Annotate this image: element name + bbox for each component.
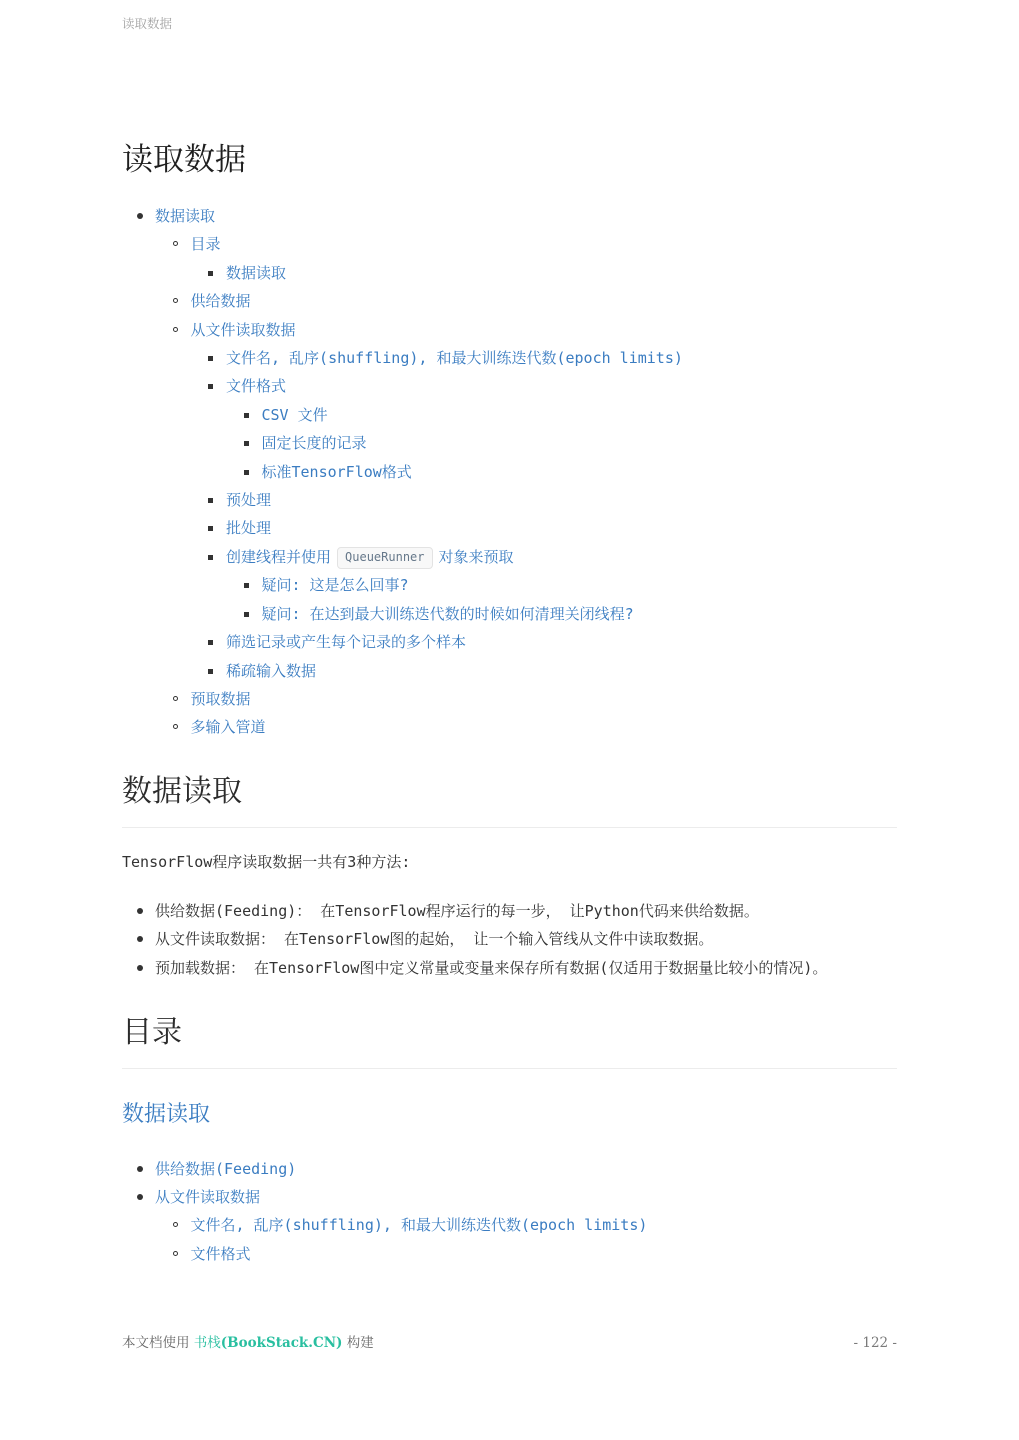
table-of-contents: 数据读取目录数据读取供给数据从文件读取数据文件名, 乱序(shuffling),… [122,202,897,742]
section-heading-catalog: 目录 [122,1015,897,1051]
footer-builder-note: 本文档使用 书栈(BookStack.CN) 构建 [122,1331,374,1351]
toc-item: 疑问: 在达到最大训练迭代数的时候如何清理关闭线程? [122,600,897,628]
toc-item: 预取数据 [122,685,897,713]
brand-domain: (BookStack.CN) [221,1335,343,1351]
brand-name: 书栈 [194,1335,221,1351]
toc-item-link[interactable]: 创建线程并使用QueueRunner对象来预取 [226,548,514,566]
toc-item: 筛选记录或产生每个记录的多个样本 [122,628,897,656]
catalog-item: 文件格式 [122,1240,897,1268]
toc-item: 预处理 [122,486,897,514]
catalog-item-link[interactable]: 文件名, 乱序(shuffling), 和最大训练迭代数(epoch limit… [191,1216,648,1234]
toc-item-link[interactable]: 数据读取 [226,264,286,282]
toc-item: 供给数据 [122,287,897,315]
toc-item: 文件格式 [122,372,897,400]
disc-bullet-icon [137,1166,143,1172]
toc-item-link[interactable]: 预处理 [226,491,271,509]
toc-item-link[interactable]: 筛选记录或产生每个记录的多个样本 [226,633,466,651]
toc-item-link[interactable]: 多输入管道 [191,718,266,736]
circle-bullet-icon [173,327,178,332]
page-number: - 122 - [854,1335,897,1351]
square-bullet-icon [244,612,249,617]
square-bullet-icon [244,470,249,475]
square-bullet-icon [244,413,249,418]
intro-paragraph: TensorFlow程序读取数据一共有3种方法: [122,849,897,875]
toc-item: 数据读取 [122,202,897,230]
catalog-item: 从文件读取数据 [122,1183,897,1211]
disc-bullet-icon [137,213,143,219]
catalog-subheading-link[interactable]: 数据读取 [122,1101,897,1129]
inline-code-chip: QueueRunner [337,547,432,569]
square-bullet-icon [208,640,213,645]
toc-item-link[interactable]: 文件名, 乱序(shuffling), 和最大训练迭代数(epoch limit… [226,349,683,367]
toc-item-link[interactable]: CSV 文件 [262,406,328,424]
section-heading-data-reading: 数据读取 [122,774,897,810]
square-bullet-icon [208,526,213,531]
catalog-item: 供给数据(Feeding) [122,1155,897,1183]
methods-list: 供给数据(Feeding)： 在TensorFlow程序运行的每一步， 让Pyt… [122,897,897,983]
catalog-links-list: 供给数据(Feeding)从文件读取数据文件名, 乱序(shuffling), … [122,1155,897,1269]
toc-item-link[interactable]: 预取数据 [191,690,251,708]
toc-item-link[interactable]: 疑问: 在达到最大训练迭代数的时候如何清理关闭线程? [262,605,634,623]
square-bullet-icon [208,356,213,361]
square-bullet-icon [208,555,213,560]
toc-item: 批处理 [122,514,897,542]
catalog-item: 文件名, 乱序(shuffling), 和最大训练迭代数(epoch limit… [122,1211,897,1239]
bookstack-brand-link[interactable]: 书栈(BookStack.CN) [194,1335,343,1351]
toc-item: CSV 文件 [122,401,897,429]
toc-item: 创建线程并使用QueueRunner对象来预取 [122,543,897,571]
toc-item: 文件名, 乱序(shuffling), 和最大训练迭代数(epoch limit… [122,344,897,372]
toc-item-link[interactable]: 疑问: 这是怎么回事? [262,576,409,594]
method-item: 供给数据(Feeding)： 在TensorFlow程序运行的每一步， 让Pyt… [122,897,897,926]
toc-item: 标准TensorFlow格式 [122,458,897,486]
square-bullet-icon [244,583,249,588]
toc-item: 多输入管道 [122,713,897,741]
footer-prefix: 本文档使用 [122,1335,190,1351]
toc-item: 从文件读取数据 [122,316,897,344]
toc-item: 稀疏输入数据 [122,657,897,685]
method-item-text: 预加载数据： 在TensorFlow图中定义常量或变量来保存所有数据(仅适用于数… [155,959,827,977]
running-header: 读取数据 [122,14,172,32]
method-item-text: 从文件读取数据： 在TensorFlow图的起始， 让一个输入管线从文件中读取数… [155,930,713,948]
catalog-item-link[interactable]: 供给数据(Feeding) [155,1160,296,1178]
toc-item-link[interactable]: 文件格式 [226,377,286,395]
toc-link-text-after-code: 对象来预取 [439,548,514,566]
catalog-item-link[interactable]: 文件格式 [191,1245,251,1263]
toc-item-link[interactable]: 标准TensorFlow格式 [262,463,412,481]
toc-item: 固定长度的记录 [122,429,897,457]
circle-bullet-icon [173,696,178,701]
circle-bullet-icon [173,1251,178,1256]
toc-link-text-before-code: 创建线程并使用 [226,548,331,566]
square-bullet-icon [208,669,213,674]
disc-bullet-icon [137,908,143,914]
square-bullet-icon [244,441,249,446]
page-footer: 本文档使用 书栈(BookStack.CN) 构建 - 122 - [122,1331,897,1351]
toc-item-link[interactable]: 供给数据 [191,292,251,310]
disc-bullet-icon [137,936,143,942]
toc-item: 疑问: 这是怎么回事? [122,571,897,599]
toc-item-link[interactable]: 固定长度的记录 [262,434,367,452]
toc-item: 数据读取 [122,259,897,287]
toc-item: 目录 [122,230,897,258]
toc-item-link[interactable]: 数据读取 [155,207,215,225]
circle-bullet-icon [173,1222,178,1227]
square-bullet-icon [208,498,213,503]
page-content: 读取数据 数据读取目录数据读取供给数据从文件读取数据文件名, 乱序(shuffl… [0,0,1019,1268]
method-item: 从文件读取数据： 在TensorFlow图的起始， 让一个输入管线从文件中读取数… [122,925,897,954]
page-title: 读取数据 [122,0,897,179]
disc-bullet-icon [137,1194,143,1200]
footer-suffix: 构建 [347,1335,374,1351]
section-divider [122,827,897,828]
circle-bullet-icon [173,298,178,303]
disc-bullet-icon [137,965,143,971]
toc-item-link[interactable]: 稀疏输入数据 [226,662,316,680]
section-divider [122,1068,897,1069]
toc-item-link[interactable]: 从文件读取数据 [191,321,296,339]
circle-bullet-icon [173,724,178,729]
square-bullet-icon [208,384,213,389]
square-bullet-icon [208,271,213,276]
circle-bullet-icon [173,241,178,246]
toc-item-link[interactable]: 目录 [191,235,221,253]
toc-item-link[interactable]: 批处理 [226,519,271,537]
method-item: 预加载数据： 在TensorFlow图中定义常量或变量来保存所有数据(仅适用于数… [122,954,897,983]
catalog-item-link[interactable]: 从文件读取数据 [155,1188,260,1206]
method-item-text: 供给数据(Feeding)： 在TensorFlow程序运行的每一步， 让Pyt… [155,902,759,920]
